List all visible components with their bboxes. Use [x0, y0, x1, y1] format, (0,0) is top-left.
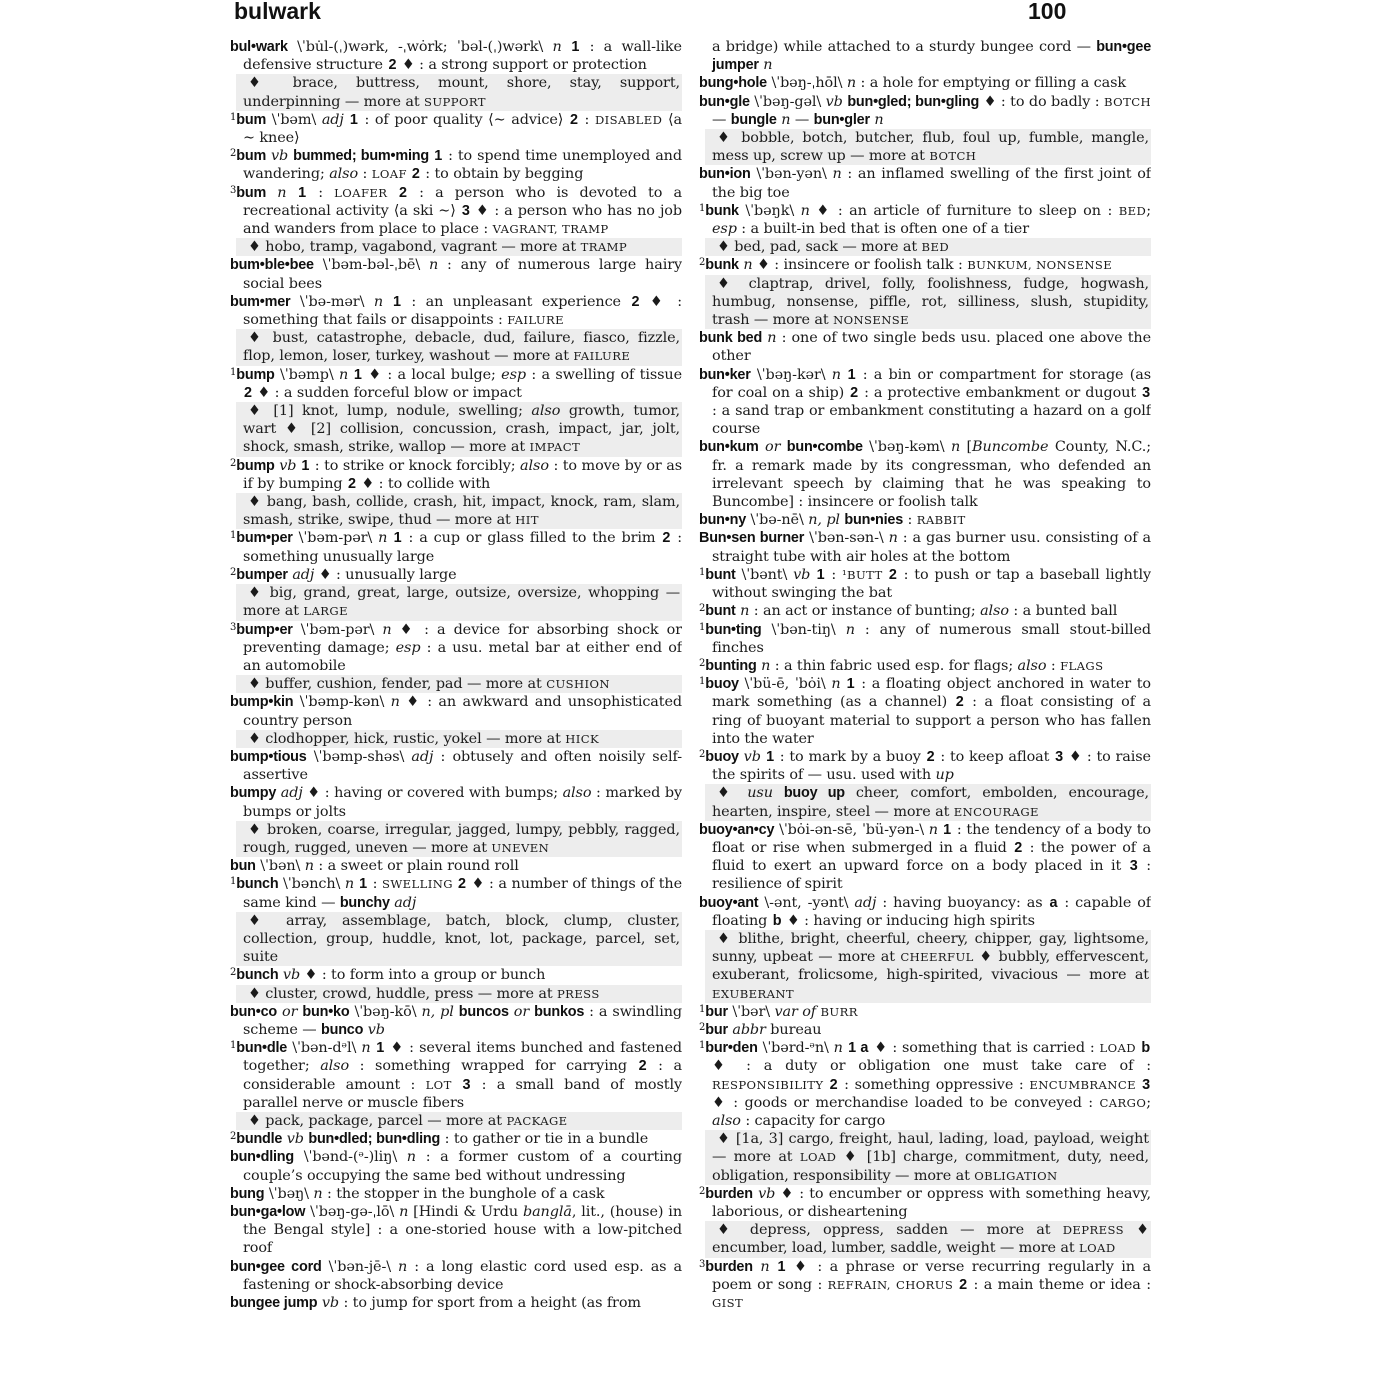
- entry-paragraph: bum•ble•bee \ˈbəm-bəl-ˌbē\ n : any of nu…: [230, 256, 682, 292]
- grammar-label: n: [407, 1149, 416, 1165]
- grammar-label: adj: [411, 749, 433, 765]
- definition-text: [: [960, 439, 972, 455]
- headword: bump: [236, 458, 274, 474]
- grammar-label: adj: [281, 785, 303, 801]
- entry-paragraph: bung•hole \ˈbəŋ-ˌhōl\ n : a hole for emp…: [699, 74, 1151, 92]
- sense-number: 1: [354, 876, 368, 892]
- sense-number: 1: [562, 39, 581, 55]
- sense-number: 2: [407, 166, 421, 182]
- synonym-paragraph: ♦ big, grand, great, large, outsize, ove…: [236, 584, 682, 620]
- definition-text: :: [825, 567, 842, 583]
- definition-text: ♦ : to do badly :: [979, 94, 1104, 110]
- definition-text: \-ənt, -yənt\: [758, 895, 854, 911]
- entry-paragraph: 2bunk n ♦ : insincere or foolish talk : …: [699, 256, 1151, 274]
- definition-text: : capacity for cargo: [741, 1113, 885, 1129]
- headword: bun•ker: [699, 367, 751, 383]
- headword: buoy: [705, 676, 739, 692]
- bold-form: bungle: [731, 112, 777, 128]
- entry-paragraph: bun•dling \ˈbənd-(ᵊ-)liŋ\ n : a former c…: [230, 1148, 682, 1184]
- sense-number: 2: [926, 749, 936, 765]
- definition-text: ♦ : an article of furniture to sleep on …: [810, 203, 1119, 219]
- definition-text: ♦ : having or covered with bumps;: [303, 785, 563, 801]
- definition-text: : a built-in bed that is often one of a …: [737, 221, 1029, 237]
- cross-reference: OBLIGATION: [974, 1169, 1057, 1183]
- cross-reference: PACKAGE: [506, 1114, 567, 1128]
- grammar-label: n: [889, 530, 898, 546]
- sense-number: 1: [938, 822, 952, 838]
- definition-text: ♦ [1] knot, lump, nodule, swelling;: [248, 403, 531, 419]
- entry-paragraph: 2bundle vb bun•dled; bun•dling : to gath…: [230, 1130, 682, 1148]
- sense-number: 3: [452, 1077, 472, 1093]
- definition-text: \ˈbənt\: [736, 567, 793, 583]
- definition-text: \ˈbəm-pər\: [293, 622, 383, 638]
- definition-text: ;: [1146, 1095, 1151, 1111]
- headword: bum•per: [236, 530, 292, 546]
- cross-reference: HIT: [515, 513, 539, 527]
- definition-text: [Hindi & Urdu: [408, 1204, 523, 1220]
- definition-text: \ˈbə-mər\: [290, 294, 373, 310]
- headword: bunk bed: [699, 330, 762, 346]
- grammar-label: n: [429, 257, 438, 273]
- headword: bun•gee cord: [230, 1259, 322, 1275]
- definition-text: : to mark by a buoy: [775, 749, 926, 765]
- headword: buoy•ant: [699, 895, 758, 911]
- definition-text: ♦ : a sudden forceful blow or impact: [253, 385, 522, 401]
- grammar-label: adj: [854, 895, 876, 911]
- sense-number: 2: [347, 476, 357, 492]
- definition-text: : having buoyancy: as: [876, 895, 1048, 911]
- grammar-label: n: [374, 294, 383, 310]
- definition-text: \ˈbü-ē, ˈbȯi\: [739, 676, 831, 692]
- definition-text: \ˈbəŋ-kər\: [751, 367, 832, 383]
- definition-text: a bridge) while attached to a sturdy bun…: [712, 39, 1096, 55]
- entry-paragraph: 3bum n 1 : LOAFER 2 : a person who is de…: [230, 184, 682, 239]
- entry-paragraph: 2bur abbr bureau: [699, 1021, 1151, 1039]
- headword: bun•ga•low: [230, 1204, 305, 1220]
- definition-text: :: [307, 185, 334, 201]
- definition-text: \ˈbəŋk\: [739, 203, 801, 219]
- sense-number: 2: [630, 294, 640, 310]
- grammar-label: n: [831, 676, 840, 692]
- entry-paragraph: 1bunch \ˈbənch\ n 1 : SWELLING 2 ♦ : a n…: [230, 875, 682, 911]
- entry-paragraph: 2bunting n : a thin fabric used esp. for…: [699, 657, 1151, 675]
- definition-text: ♦ : goods or merchandise loaded to be co…: [712, 1095, 1100, 1111]
- entry-paragraph: 1bur \ˈbər\ var of BURR: [699, 1003, 1151, 1021]
- sense-number: 1: [344, 112, 359, 128]
- headword: bum: [236, 185, 266, 201]
- headword: bungee jump: [230, 1295, 317, 1311]
- grammar-label: vb: [279, 458, 296, 474]
- definition-text: : something wrapped for carrying: [349, 1058, 638, 1074]
- definition-text: : to gather or tie in a bundle: [440, 1131, 648, 1147]
- entry-paragraph: bunk bed n : one of two single beds usu.…: [699, 329, 1151, 365]
- synonym-paragraph: ♦ bang, bash, collide, crash, hit, impac…: [236, 493, 682, 529]
- headword: buoy•an•cy: [699, 822, 774, 838]
- running-head: bulwark: [234, 0, 321, 25]
- definition-text: \ˈbu̇l-(ˌ)wərk, -ˌwȯrk; ˈbəl-(ˌ)wərk\: [288, 39, 553, 55]
- grammar-label: n: [382, 622, 391, 638]
- definition-text: :: [358, 166, 372, 182]
- cross-reference: EXUBERANT: [712, 987, 794, 1001]
- definition-text: : one of two single beds usu. placed one…: [712, 330, 1151, 364]
- definition-text: ♦ : insincere or foolish talk :: [753, 257, 968, 273]
- grammar-label: also: [563, 785, 592, 801]
- cross-reference: VAGRANT, TRAMP: [493, 222, 609, 236]
- grammar-label: also: [980, 603, 1009, 619]
- grammar-label: adj: [292, 567, 314, 583]
- definition-text: : a cup or glass filled to the brim: [403, 530, 662, 546]
- bold-form: bun•nies: [844, 512, 903, 528]
- definition-text: ♦: [717, 785, 747, 801]
- headword: buoy: [705, 749, 739, 765]
- headword: bur: [705, 1022, 728, 1038]
- definition-text: \ˈbəŋ-gə-ˌlō\: [305, 1204, 399, 1220]
- grammar-label: adj: [394, 895, 416, 911]
- definition-text: \ˈbəm\: [266, 112, 322, 128]
- entry-paragraph: 1bum•per \ˈbəm-pər\ n 1 : a cup or glass…: [230, 529, 682, 565]
- sense-number: 3: [1141, 385, 1151, 401]
- headword: bunk: [705, 257, 739, 273]
- cross-reference: BUNKUM, NONSENSE: [967, 258, 1112, 272]
- entry-paragraph: bun•kum or bun•combe \ˈbəŋ-kəm\ n [Bunco…: [699, 438, 1151, 511]
- cross-reference: RABBIT: [917, 513, 966, 527]
- synonym-paragraph: ♦ clodhopper, hick, rustic, yokel — more…: [236, 730, 682, 748]
- cross-reference: LOAD: [1079, 1241, 1115, 1255]
- definition-text: —: [790, 112, 813, 128]
- definition-text: [773, 785, 784, 801]
- bold-form: bun•gler: [814, 112, 870, 128]
- entry-paragraph: Bun•sen burner \ˈbən-sən-\ n : a gas bur…: [699, 529, 1151, 565]
- cross-reference: BURR: [821, 1005, 858, 1019]
- definition-text: ♦ bed, pad, sack — more at: [717, 239, 922, 255]
- definition-text: :: [368, 876, 382, 892]
- grammar-label: n: [781, 112, 790, 128]
- entry-paragraph: 2bunt n : an act or instance of bunting;…: [699, 602, 1151, 620]
- entry-paragraph: bung \ˈbəŋ\ n : the stopper in the bungh…: [230, 1185, 682, 1203]
- left-column: bul•wark \ˈbu̇l-(ˌ)wərk, -ˌwȯrk; ˈbəl-(ˌ…: [230, 38, 682, 1377]
- definition-text: : an act or instance of bunting;: [749, 603, 980, 619]
- headword: bunt: [705, 603, 735, 619]
- grammar-label: n: [339, 367, 348, 383]
- definition-text: \ˈbəmp-shəs\: [307, 749, 412, 765]
- headword: bump•kin: [230, 694, 293, 710]
- synonym-paragraph: ♦ cluster, crowd, huddle, press — more a…: [236, 985, 682, 1003]
- definition-text: \ˈbən-yən\: [751, 166, 833, 182]
- headword: bum•mer: [230, 294, 290, 310]
- definition-text: \ˈbȯi-ən-sē, ˈbü-yən-\: [774, 822, 929, 838]
- entry-paragraph: 3bump•er \ˈbəm-pər\ n ♦ : a device for a…: [230, 621, 682, 676]
- definition-text: ♦ clodhopper, hick, rustic, yokel — more…: [248, 731, 565, 747]
- entry-paragraph: bum•mer \ˈbə-mər\ n 1 : an unpleasant ex…: [230, 293, 682, 329]
- grammar-label: or: [282, 1004, 297, 1020]
- definition-text: \ˈbəmp\: [275, 367, 339, 383]
- definition-text: ♦ bang, bash, collide, crash, hit, impac…: [243, 494, 680, 528]
- sense-number: 1: [296, 458, 310, 474]
- sense-number: 2: [638, 1058, 648, 1074]
- entry-paragraph: 2buoy vb 1 : to mark by a buoy 2 : to ke…: [699, 748, 1151, 784]
- entry-paragraph: 2bum vb bummed; bum•ming 1 : to spend ti…: [230, 147, 682, 183]
- sense-number: 2: [387, 57, 397, 73]
- entry-paragraph: 1buoy \ˈbü-ē, ˈbȯi\ n 1 : a floating obj…: [699, 675, 1151, 748]
- cross-reference: RESPONSIBILITY: [712, 1078, 823, 1092]
- headword: bun•co: [230, 1004, 277, 1020]
- entry-paragraph: bun•gle \ˈbəŋ-gəl\ vb bun•gled; bun•glin…: [699, 93, 1151, 129]
- headword: bur: [705, 1004, 728, 1020]
- entry-paragraph: 2bunch vb ♦ : to form into a group or bu…: [230, 966, 682, 984]
- entry-paragraph: bul•wark \ˈbu̇l-(ˌ)wərk, -ˌwȯrk; ˈbəl-(ˌ…: [230, 38, 682, 74]
- sense-number: 2: [453, 876, 467, 892]
- synonym-paragraph: ♦ broken, coarse, irregular, jagged, lum…: [236, 821, 682, 857]
- headword: bun•ting: [705, 622, 761, 638]
- definition-text: \ˈbən-dᵊl\: [287, 1040, 361, 1056]
- headword: Bun•sen burner: [699, 530, 804, 546]
- grammar-label: n: [361, 1040, 370, 1056]
- grammar-label: n: [833, 166, 842, 182]
- grammar-label: n: [951, 439, 960, 455]
- cross-reference: ¹BUTT: [842, 568, 883, 582]
- cross-reference: LOAFER: [334, 186, 387, 200]
- entry-paragraph: bun•co or bun•ko \ˈbəŋ-kō\ n, pl buncos …: [230, 1003, 682, 1039]
- sense-number: 2: [953, 1277, 968, 1293]
- entry-paragraph: bun•ker \ˈbəŋ-kər\ n 1 : a bin or compar…: [699, 366, 1151, 439]
- sense-number: 2: [883, 567, 898, 583]
- definition-text: \ˈbənd-(ᵊ-)liŋ\: [294, 1149, 407, 1165]
- dictionary-page: bulwark 100 bul•wark \ˈbu̇l-(ˌ)wərk, -ˌw…: [0, 0, 1377, 1377]
- headword: bum•ble•bee: [230, 257, 314, 273]
- sense-number: 1: [810, 567, 825, 583]
- definition-text: : to obtain by begging: [421, 166, 584, 182]
- sense-number: 1: [286, 185, 307, 201]
- definition-text: —: [712, 112, 731, 128]
- cross-reference: IMPACT: [530, 440, 581, 454]
- entry-paragraph: 1bunk \ˈbəŋk\ n ♦ : an article of furnit…: [699, 202, 1151, 238]
- definition-text: : an unpleasant experience: [402, 294, 631, 310]
- headword: bun•kum: [699, 439, 759, 455]
- sense-number: 1: [841, 367, 857, 383]
- grammar-label: also: [531, 403, 560, 419]
- grammar-label: or: [765, 439, 780, 455]
- sense-number: b: [772, 913, 783, 929]
- cross-reference: LOAF: [372, 167, 407, 181]
- bold-form: buncos: [459, 1004, 509, 1020]
- definition-text: :: [579, 112, 595, 128]
- grammar-label: adj: [322, 112, 344, 128]
- definition-text: \ˈbən-tiŋ\: [761, 622, 845, 638]
- sense-number: 1 a: [843, 1040, 869, 1056]
- definition-text: \ˈbən-sən-\: [804, 530, 888, 546]
- synonym-paragraph: ♦ [1a, 3] cargo, freight, haul, lading, …: [705, 1130, 1151, 1185]
- definition-text: ♦ claptrap, drivel, folly, foolishness, …: [712, 276, 1149, 328]
- grammar-label: up: [935, 767, 953, 783]
- grammar-label: also: [1018, 658, 1047, 674]
- grammar-label: vb: [322, 1295, 339, 1311]
- definition-text: :: [903, 512, 917, 528]
- definition-text: ♦ hobo, tramp, vagabond, vagrant — more …: [248, 239, 581, 255]
- headword: bung•hole: [699, 75, 767, 91]
- definition-text: : the stopper in the bunghole of a cask: [323, 1186, 605, 1202]
- grammar-label: n: [552, 39, 561, 55]
- headword: bunk: [705, 203, 739, 219]
- grammar-label: n: [760, 1259, 769, 1275]
- synonym-paragraph: ♦ bobble, botch, butcher, flub, foul up,…: [705, 129, 1151, 165]
- cross-reference: SUPPORT: [424, 95, 486, 109]
- definition-text: : to keep afloat: [936, 749, 1055, 765]
- headword: bum: [236, 112, 266, 128]
- right-column: a bridge) while attached to a sturdy bun…: [699, 38, 1151, 1377]
- synonym-paragraph: ♦ claptrap, drivel, folly, foolishness, …: [705, 275, 1151, 330]
- grammar-label: vb: [287, 1131, 304, 1147]
- entry-paragraph: buoy•ant \-ənt, -yənt\ adj : having buoy…: [699, 894, 1151, 930]
- grammar-label: Buncombe: [972, 439, 1048, 455]
- entry-paragraph: bun•ga•low \ˈbəŋ-gə-ˌlō\ n [Hindi & Urdu…: [230, 1203, 682, 1258]
- definition-text: \ˈbənch\: [278, 876, 344, 892]
- cross-reference: CHEERFUL: [900, 950, 973, 964]
- bold-form: bunchy: [340, 895, 390, 911]
- grammar-label: n: [399, 1204, 408, 1220]
- synonym-paragraph: ♦ usu buoy up cheer, comfort, embolden, …: [705, 784, 1151, 820]
- synonym-paragraph: ♦ hobo, tramp, vagabond, vagrant — more …: [236, 238, 682, 256]
- definition-text: : a swelling of tissue: [526, 367, 682, 383]
- synonym-paragraph: ♦ depress, oppress, sadden — more at DEP…: [705, 1221, 1151, 1257]
- definition-text: : a thin fabric used esp. for flags;: [770, 658, 1017, 674]
- cross-reference: LOT: [426, 1078, 452, 1092]
- definition-text: \ˈbəmp-kən\: [293, 694, 390, 710]
- grammar-label: esp: [712, 221, 737, 237]
- definition-text: \ˈbən\: [256, 858, 305, 874]
- grammar-label: n: [801, 203, 810, 219]
- grammar-label: n: [929, 822, 938, 838]
- cross-reference: CUSHION: [546, 677, 610, 691]
- headword: bul•wark: [230, 39, 288, 55]
- sense-number: a: [1049, 895, 1059, 911]
- cross-reference: DEPRESS: [1063, 1223, 1124, 1237]
- headword: bun•ion: [699, 166, 751, 182]
- definition-text: : of poor quality ⟨∼ advice⟩: [359, 112, 569, 128]
- cross-reference: LOAD: [1100, 1041, 1136, 1055]
- definition-text: ♦ : a local bulge;: [363, 367, 501, 383]
- sense-number: 2: [387, 185, 408, 201]
- sense-number: 1: [841, 676, 856, 692]
- grammar-label: vb: [826, 94, 843, 110]
- grammar-label: esp: [396, 640, 421, 656]
- headword: bun•ny: [699, 512, 746, 528]
- entry-paragraph: bump•tious \ˈbəmp-shəs\ adj : obtusely a…: [230, 748, 682, 784]
- cross-reference: LOAD: [800, 1150, 836, 1164]
- grammar-label: vb: [271, 148, 288, 164]
- grammar-label: n: [313, 1186, 322, 1202]
- definition-text: \ˈbəm-pər\: [293, 530, 378, 546]
- headword: bump•er: [236, 622, 292, 638]
- definition-text: ♦ : to encumber or oppress with somethin…: [712, 1186, 1151, 1220]
- grammar-label: n: [743, 257, 752, 273]
- cross-reference: CARGO: [1100, 1096, 1147, 1110]
- entry-paragraph: 1bum \ˈbəm\ adj 1 : of poor quality ⟨∼ a…: [230, 111, 682, 147]
- synonym-paragraph: ♦ brace, buttress, mount, shore, stay, s…: [236, 74, 682, 110]
- definition-text: ♦ buffer, cushion, fender, pad — more at: [248, 676, 546, 692]
- entry-paragraph: bun•ny \ˈbə-nē\ n, pl bun•nies : RABBIT: [699, 511, 1151, 529]
- synonym-paragraph: ♦ bust, catastrophe, debacle, dud, failu…: [236, 329, 682, 365]
- bold-form: bun•gled; bun•gling: [847, 94, 979, 110]
- cross-reference: REFRAIN, CHORUS: [828, 1278, 954, 1292]
- headword: bumpy: [230, 785, 276, 801]
- grammar-label: n: [832, 367, 841, 383]
- entry-paragraph: 1bump \ˈbəmp\ n 1 ♦ : a local bulge; esp…: [230, 366, 682, 402]
- definition-text: \ˈbər\: [728, 1004, 775, 1020]
- synonym-paragraph: ♦ pack, package, parcel — more at PACKAG…: [236, 1112, 682, 1130]
- grammar-label: n: [846, 622, 855, 638]
- cross-reference: ENCOURAGE: [954, 805, 1039, 819]
- cross-reference: PRESS: [557, 987, 600, 1001]
- synonym-paragraph: ♦ array, assemblage, batch, block, clump…: [236, 912, 682, 967]
- headword: bung: [230, 1186, 264, 1202]
- headword: bun: [230, 858, 256, 874]
- definition-text: \ˈbəŋ-kō\: [349, 1004, 421, 1020]
- sense-number: 2: [823, 1077, 838, 1093]
- headword: bun•dling: [230, 1149, 294, 1165]
- headword: bum: [236, 148, 266, 164]
- cross-reference: LARGE: [303, 604, 348, 618]
- definition-text: ♦ : to collide with: [357, 476, 490, 492]
- definition-text: \ˈbəŋ-ˌhōl\: [767, 75, 847, 91]
- sense-number: 2: [569, 112, 579, 128]
- sense-number: 2: [955, 694, 965, 710]
- bold-form: bun•ko: [302, 1004, 349, 1020]
- grammar-label: n: [391, 694, 400, 710]
- headword: burden: [705, 1186, 753, 1202]
- definition-text: \ˈbəm-bəl-ˌbē\: [314, 257, 429, 273]
- definition-text: ♦ pack, package, parcel — more at: [248, 1113, 506, 1129]
- grammar-label: banglā: [523, 1204, 572, 1220]
- definition-text: ♦ broken, coarse, irregular, jagged, lum…: [243, 822, 680, 856]
- definition-text: ♦ : a strong support or protection: [397, 57, 646, 73]
- definition-text: : a protective embankment or dugout: [859, 385, 1141, 401]
- synonym-paragraph: ♦ blithe, bright, cheerful, cheery, chip…: [705, 930, 1151, 1003]
- headword: bump•tious: [230, 749, 307, 765]
- grammar-label: abbr: [732, 1022, 765, 1038]
- sense-number: b: [1136, 1040, 1151, 1056]
- definition-text: \ˈbə-nē\: [746, 512, 808, 528]
- cross-reference: BED: [1119, 204, 1146, 218]
- grammar-label: usu: [747, 785, 773, 801]
- definition-text: \ˈbəŋ-gəl\: [750, 94, 826, 110]
- cross-reference: BOTCH: [1104, 95, 1151, 109]
- headword: bun•dle: [236, 1040, 287, 1056]
- sense-number: 2: [243, 385, 253, 401]
- entry-paragraph: 2burden vb ♦ : to encumber or oppress wi…: [699, 1185, 1151, 1221]
- entry-paragraph: bun \ˈbən\ n : a sweet or plain round ro…: [230, 857, 682, 875]
- cross-reference: HICK: [565, 732, 599, 746]
- headword: bumper: [236, 567, 288, 583]
- grammar-label: also: [712, 1113, 741, 1129]
- grammar-label: var of: [774, 1004, 816, 1020]
- synonym-paragraph: ♦ buffer, cushion, fender, pad — more at…: [236, 675, 682, 693]
- sense-number: 1: [387, 530, 402, 546]
- definition-text: \ˈbəŋ\: [264, 1186, 313, 1202]
- definition-text: ♦ cluster, crowd, huddle, press — more a…: [248, 986, 557, 1002]
- bold-form: buoy up: [784, 785, 845, 801]
- headword: bunting: [705, 658, 756, 674]
- sense-number: 1: [348, 367, 363, 383]
- grammar-label: n: [763, 57, 772, 73]
- grammar-label: or: [514, 1004, 529, 1020]
- cross-reference: BED: [922, 240, 949, 254]
- grammar-label: n: [398, 1259, 407, 1275]
- sense-number: 2: [849, 385, 859, 401]
- sense-number: 3: [461, 203, 471, 219]
- grammar-label: vb: [793, 567, 810, 583]
- grammar-label: vb: [283, 967, 300, 983]
- definition-text: : a hole for emptying or filling a cask: [856, 75, 1126, 91]
